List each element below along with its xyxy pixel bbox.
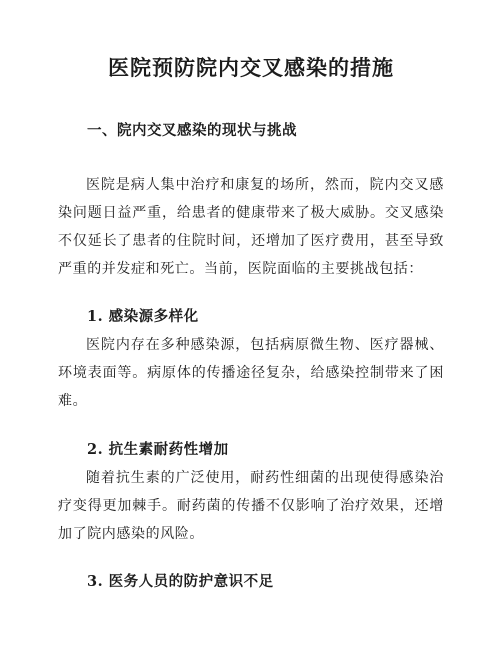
subsection-1-paragraph: 医院内存在多种感染源，包括病原微生物、医疗器械、环境表面等。病原体的传播途径复杂… [58, 331, 444, 415]
document-title: 医院预防院内交叉感染的措施 [58, 52, 444, 83]
subsection-3-heading: 3. 医务人员的防护意识不足 [58, 572, 444, 592]
intro-paragraph: 医院是病人集中治疗和康复的场所，然而，院内交叉感染问题日益严重，给患者的健康带来… [58, 171, 444, 283]
subsection-1-heading: 1. 感染源多样化 [58, 307, 444, 327]
subsection-3: 3. 医务人员的防护意识不足 [58, 572, 444, 592]
document-page: 医院预防院内交叉感染的措施 一、院内交叉感染的现状与挑战 医院是病人集中治疗和康… [0, 0, 500, 647]
subsection-2-paragraph: 随着抗生素的广泛使用，耐药性细菌的出现使得感染治疗变得更加棘手。耐药菌的传播不仅… [58, 464, 444, 548]
subsection-2-heading: 2. 抗生素耐药性增加 [58, 440, 444, 460]
subsection-1: 1. 感染源多样化 医院内存在多种感染源，包括病原微生物、医疗器械、环境表面等。… [58, 307, 444, 415]
section-heading-main: 一、院内交叉感染的现状与挑战 [58, 121, 444, 141]
subsection-2: 2. 抗生素耐药性增加 随着抗生素的广泛使用，耐药性细菌的出现使得感染治疗变得更… [58, 440, 444, 548]
